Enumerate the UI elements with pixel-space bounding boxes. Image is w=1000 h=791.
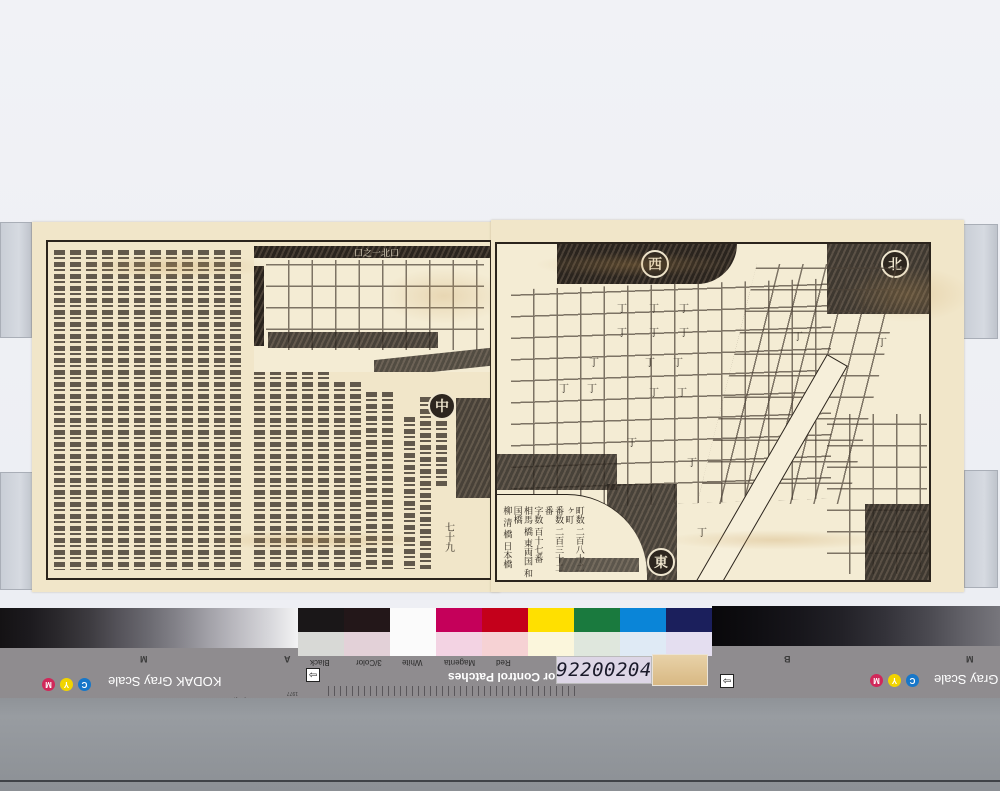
block-marker: 丁 <box>589 354 599 369</box>
block-marker: 丁 <box>617 324 627 339</box>
tape-strip <box>652 654 708 686</box>
color-control-patches: Black 3/Color White Magenta Red lor Cont… <box>298 608 712 698</box>
patch-label-3color: 3/Color <box>356 658 382 667</box>
ruler <box>328 686 578 696</box>
scanner-table <box>0 698 1000 791</box>
block-marker: 丁 <box>877 334 887 349</box>
patches-title: lor Control Patches <box>448 670 559 684</box>
block-marker: 丁 <box>587 380 597 395</box>
inset-map-header: 口之一北口 <box>354 246 399 259</box>
yellow-dot: Y <box>888 674 901 687</box>
left-leaf: 口之一北口 中 七十九 <box>32 222 500 592</box>
left-inset-river <box>456 398 490 498</box>
southeast-block <box>865 504 929 580</box>
block-marker: 丁 <box>649 384 659 399</box>
left-inset-map: 口之一北口 <box>254 246 490 372</box>
block-marker: 丁 <box>559 380 569 395</box>
patch-label-red: Red <box>496 658 511 667</box>
block-marker: 丁 <box>645 354 655 369</box>
block-marker: 丁 <box>687 454 697 469</box>
footer-annotation: 七十九 <box>442 522 454 552</box>
compass-mark-west: 西 <box>641 250 669 278</box>
block-marker: 丁 <box>677 384 687 399</box>
block-marker: 丁 <box>679 324 689 339</box>
kodak-logo-icon: ⇦ <box>720 674 734 688</box>
right-leaf: 西 北 丁 丁 丁 丁 丁 丁 丁 丁 丁 丁 丁 丁 丁 丁 丁 丁 丁 丁 … <box>491 220 964 592</box>
block-marker: 丁 <box>627 434 637 449</box>
yellow-dot: Y <box>60 678 73 691</box>
patch-label-magenta: Magenta <box>444 658 475 667</box>
gray-scale-title: KODAK Gray Scale <box>108 674 221 689</box>
left-top-clip <box>0 222 32 338</box>
table-edge <box>0 780 1000 782</box>
left-text-block <box>50 242 250 578</box>
edo-district-map: 西 北 丁 丁 丁 丁 丁 丁 丁 丁 丁 丁 丁 丁 丁 丁 丁 丁 丁 丁 … <box>497 244 929 580</box>
block-marker: 丁 <box>673 354 683 369</box>
block-marker: 丁 <box>617 300 627 315</box>
magenta-dot: M <box>870 674 883 687</box>
warehouse-building <box>559 558 639 572</box>
southwest-blocks <box>497 454 617 490</box>
compass-mark-east: 東 <box>647 548 675 576</box>
left-bottom-clip <box>0 472 34 590</box>
catalog-number-label: 92200204 <box>556 656 652 684</box>
block-marker: 丁 <box>793 328 803 343</box>
patch-label-black: Black <box>310 658 330 667</box>
compass-mark-center: 中 <box>428 392 456 420</box>
right-bottom-clip <box>964 470 998 588</box>
gray-scale-left: KODAK Gray Scale M A M Y C © Eastman Kod… <box>0 608 298 698</box>
cyan-dot: C <box>906 674 919 687</box>
block-marker: 丁 <box>697 524 707 539</box>
kodak-logo-icon: ⇦ <box>306 668 320 682</box>
block-marker: 丁 <box>649 324 659 339</box>
patch-label-white: White <box>402 658 422 667</box>
gray-scale-right: B M KODAK Gray Scale M Y C ⇦ <box>712 606 1000 698</box>
block-marker: 丁 <box>649 300 659 315</box>
magenta-dot: M <box>42 678 55 691</box>
right-top-clip <box>963 224 998 339</box>
gray-scale-title-right: KODAK Gray Scale <box>934 672 1000 687</box>
block-marker: 丁 <box>679 300 689 315</box>
cyan-dot: C <box>78 678 91 691</box>
